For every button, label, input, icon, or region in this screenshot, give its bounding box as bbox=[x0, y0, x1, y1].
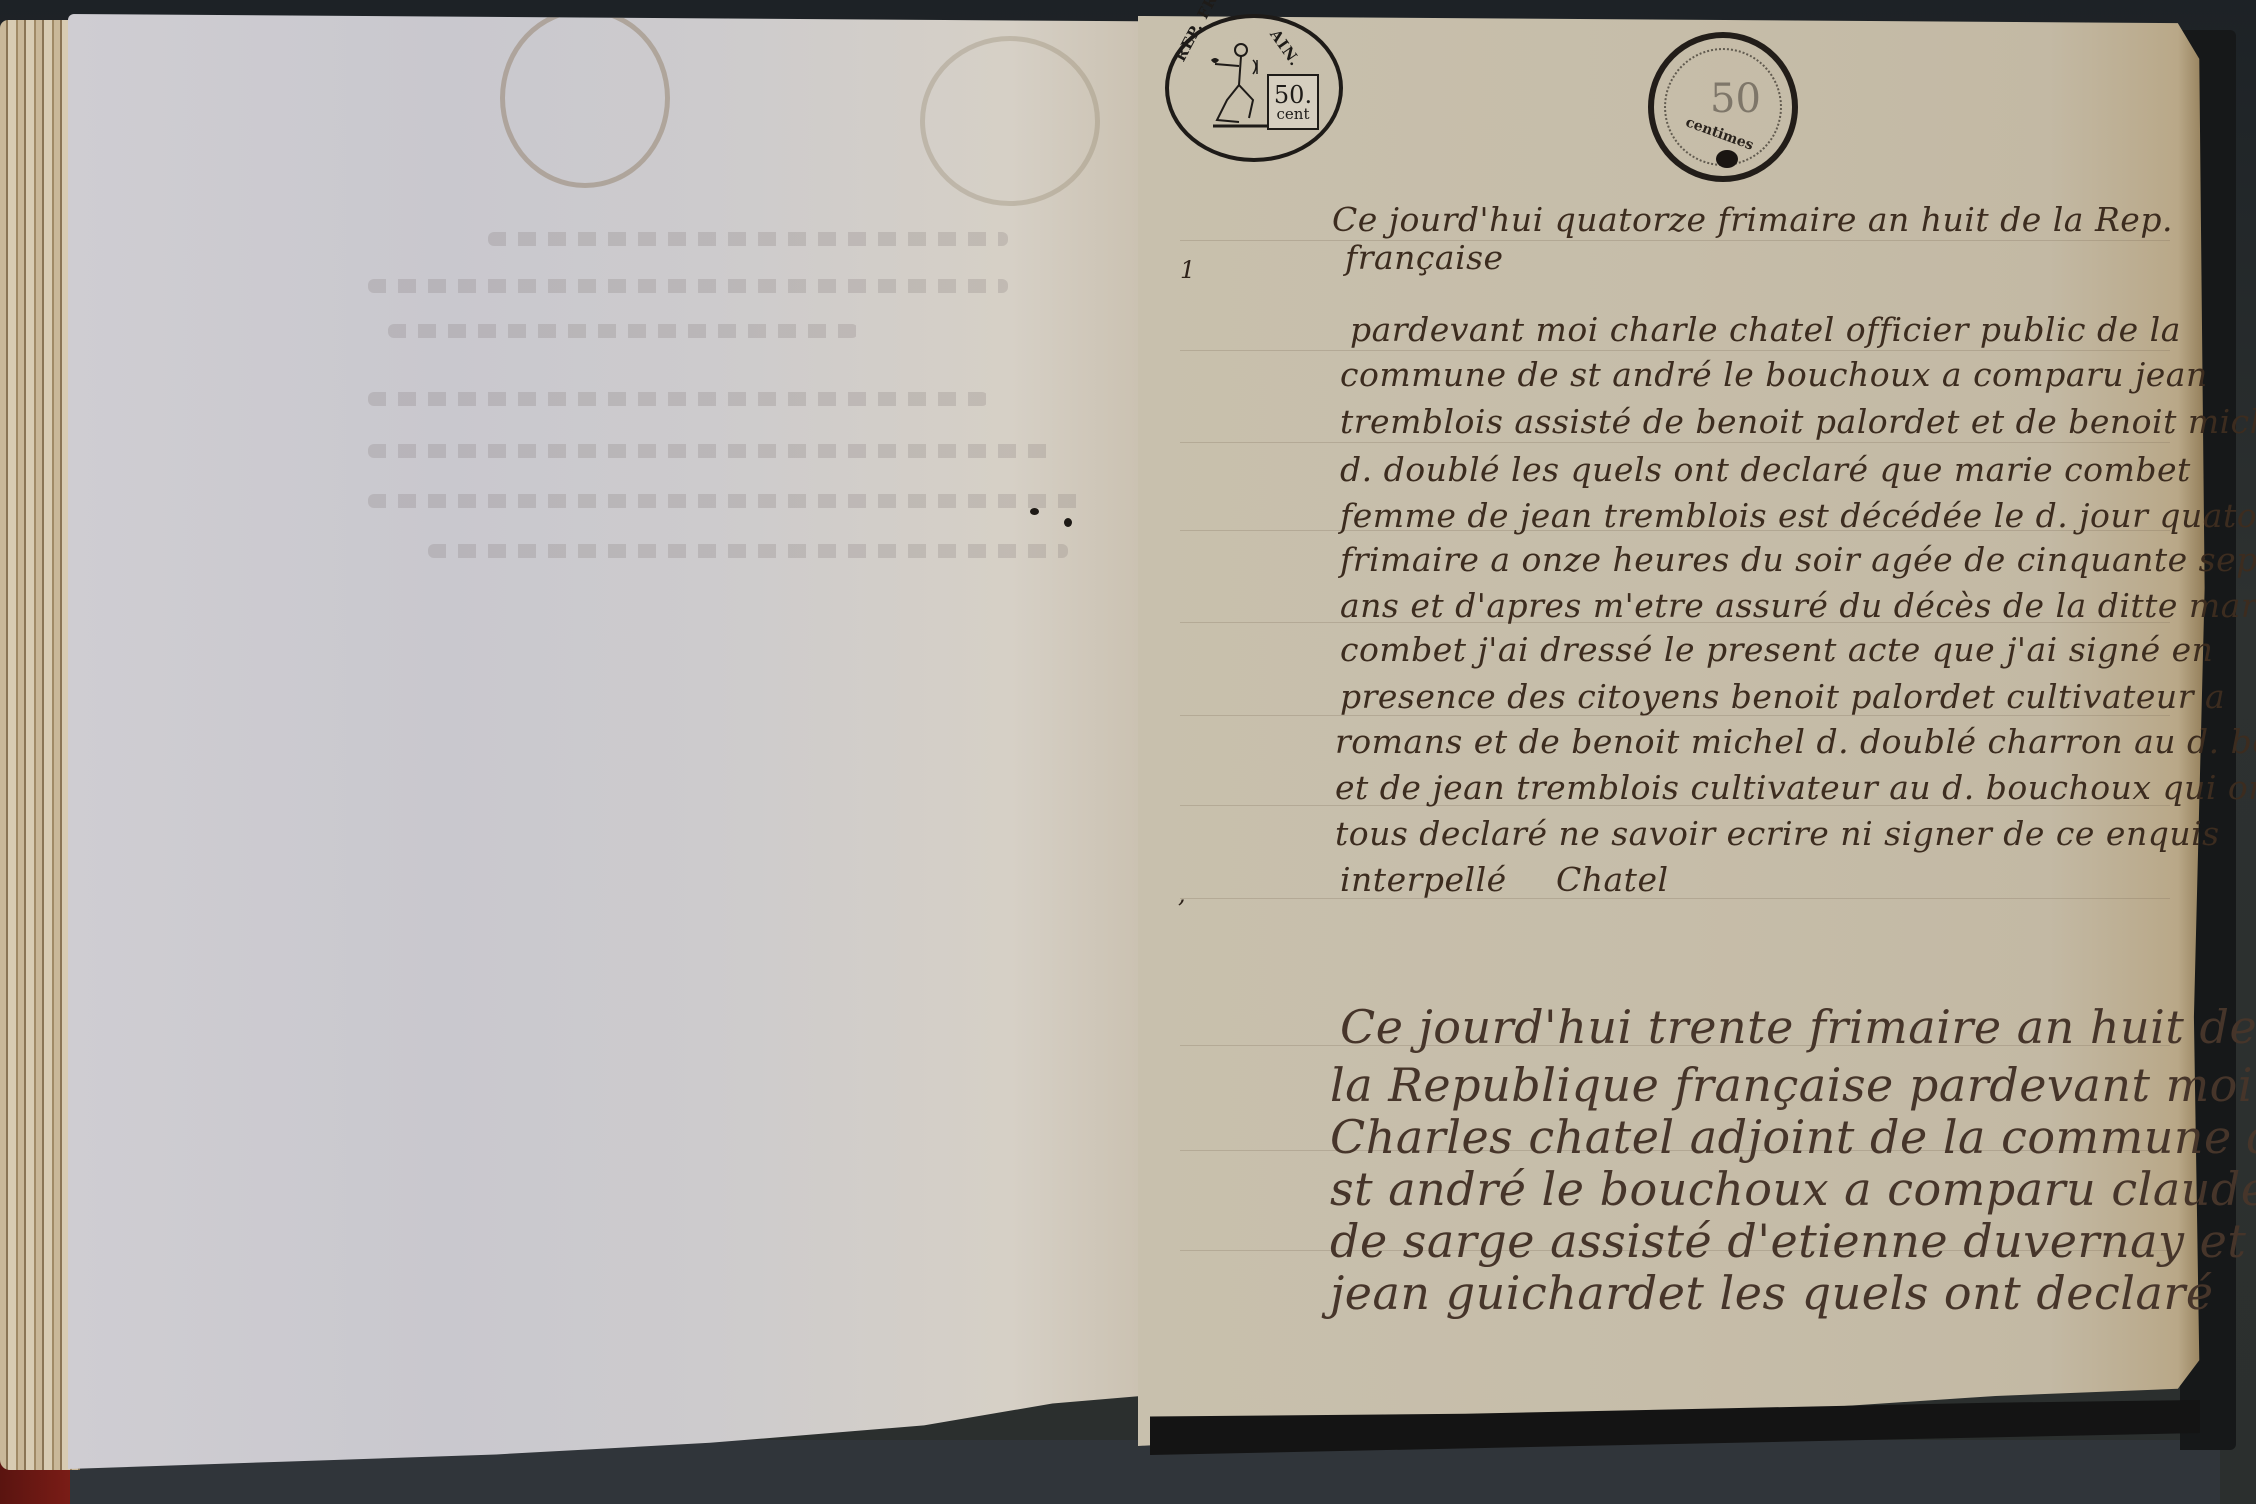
entry-1-line: et de jean tremblois cultivateur au d. b… bbox=[1335, 768, 2256, 807]
left-page bbox=[68, 14, 1138, 1469]
margin-tick: , bbox=[1178, 880, 1186, 908]
stamp-unit: cent bbox=[1277, 107, 1310, 122]
entry-2-line: Charles chatel adjoint de la commune de bbox=[1330, 1110, 2256, 1164]
bleed-through-line bbox=[368, 279, 1008, 293]
bleed-through-stamp-left bbox=[500, 8, 670, 188]
entry-1-line: femme de jean tremblois est décédée le d… bbox=[1340, 496, 2256, 535]
entry-1-line: d. doublé les quels ont declaré que mari… bbox=[1340, 450, 2191, 489]
bleed-through-line bbox=[368, 444, 1058, 458]
ink-blot bbox=[1030, 508, 1039, 515]
entry-1-line: frimaire a onze heures du soir agée de c… bbox=[1340, 540, 2256, 579]
bleed-through-line bbox=[428, 544, 1068, 558]
seated-allegory-figure-icon bbox=[1209, 40, 1269, 130]
ruled-line bbox=[1180, 240, 2170, 241]
entry-1-line: romans et de benoit michel d. doublé cha… bbox=[1335, 722, 2256, 761]
entry-1-line: commune de st andré le bouchoux a compar… bbox=[1340, 355, 2208, 394]
entry-1-line: combet j'ai dressé le present acte que j… bbox=[1340, 630, 2213, 669]
ink-blot bbox=[1064, 518, 1072, 527]
tax-stamp-text-right: AIN. bbox=[1266, 26, 1304, 70]
entry-2-line: jean guichardet les quels ont declaré bbox=[1330, 1266, 2214, 1320]
entry-1-line: Ce jourd'hui quatorze frimaire an huit d… bbox=[1332, 200, 2173, 239]
seal-faint-numeral: 50 bbox=[1710, 76, 1761, 122]
entry-1-line: française bbox=[1345, 238, 1504, 277]
seal-ink-blot bbox=[1716, 150, 1738, 168]
entry-1-signature: Chatel bbox=[1556, 860, 1669, 899]
entry-2-line: de sarge assisté d'etienne duvernay et d… bbox=[1330, 1214, 2256, 1268]
bleed-through-line bbox=[368, 494, 1088, 508]
entry-1-line: pardevant moi charle chatel officier pub… bbox=[1350, 310, 2181, 349]
bleed-through-stamp-right bbox=[920, 36, 1100, 206]
ruled-line bbox=[1180, 898, 2170, 899]
entry-2-line: Ce jourd'hui trente frimaire an huit de bbox=[1340, 1000, 2256, 1054]
entry-2-line: la Republique française pardevant moi bbox=[1330, 1058, 2253, 1112]
bleed-through-line bbox=[488, 232, 1008, 246]
stamp-value-box: 50. cent bbox=[1267, 74, 1319, 130]
entry-2-line: st andré le bouchoux a comparu claude bbox=[1330, 1162, 2256, 1216]
round-seal-stamp: 50 centimes bbox=[1648, 32, 1798, 182]
stamp-value: 50. bbox=[1274, 83, 1312, 107]
ruled-line bbox=[1180, 442, 2170, 443]
ruled-line bbox=[1180, 350, 2170, 351]
entry-1-line: tremblois assisté de benoit palordet et … bbox=[1340, 402, 2256, 441]
entry-1-line: interpellé bbox=[1340, 860, 1507, 899]
entry-1-line: ans et d'apres m'etre assuré du décès de… bbox=[1340, 586, 2256, 625]
tax-stamp-50-cent: REP. FRA AIN. 50. cent bbox=[1165, 14, 1343, 162]
bleed-through-line bbox=[368, 392, 988, 406]
margin-entry-number: 1 bbox=[1180, 256, 1195, 284]
entry-1-line: presence des citoyens benoit palordet cu… bbox=[1340, 677, 2225, 716]
entry-1-line: tous declaré ne savoir ecrire ni signer … bbox=[1335, 814, 2220, 853]
bleed-through-line bbox=[388, 324, 858, 338]
